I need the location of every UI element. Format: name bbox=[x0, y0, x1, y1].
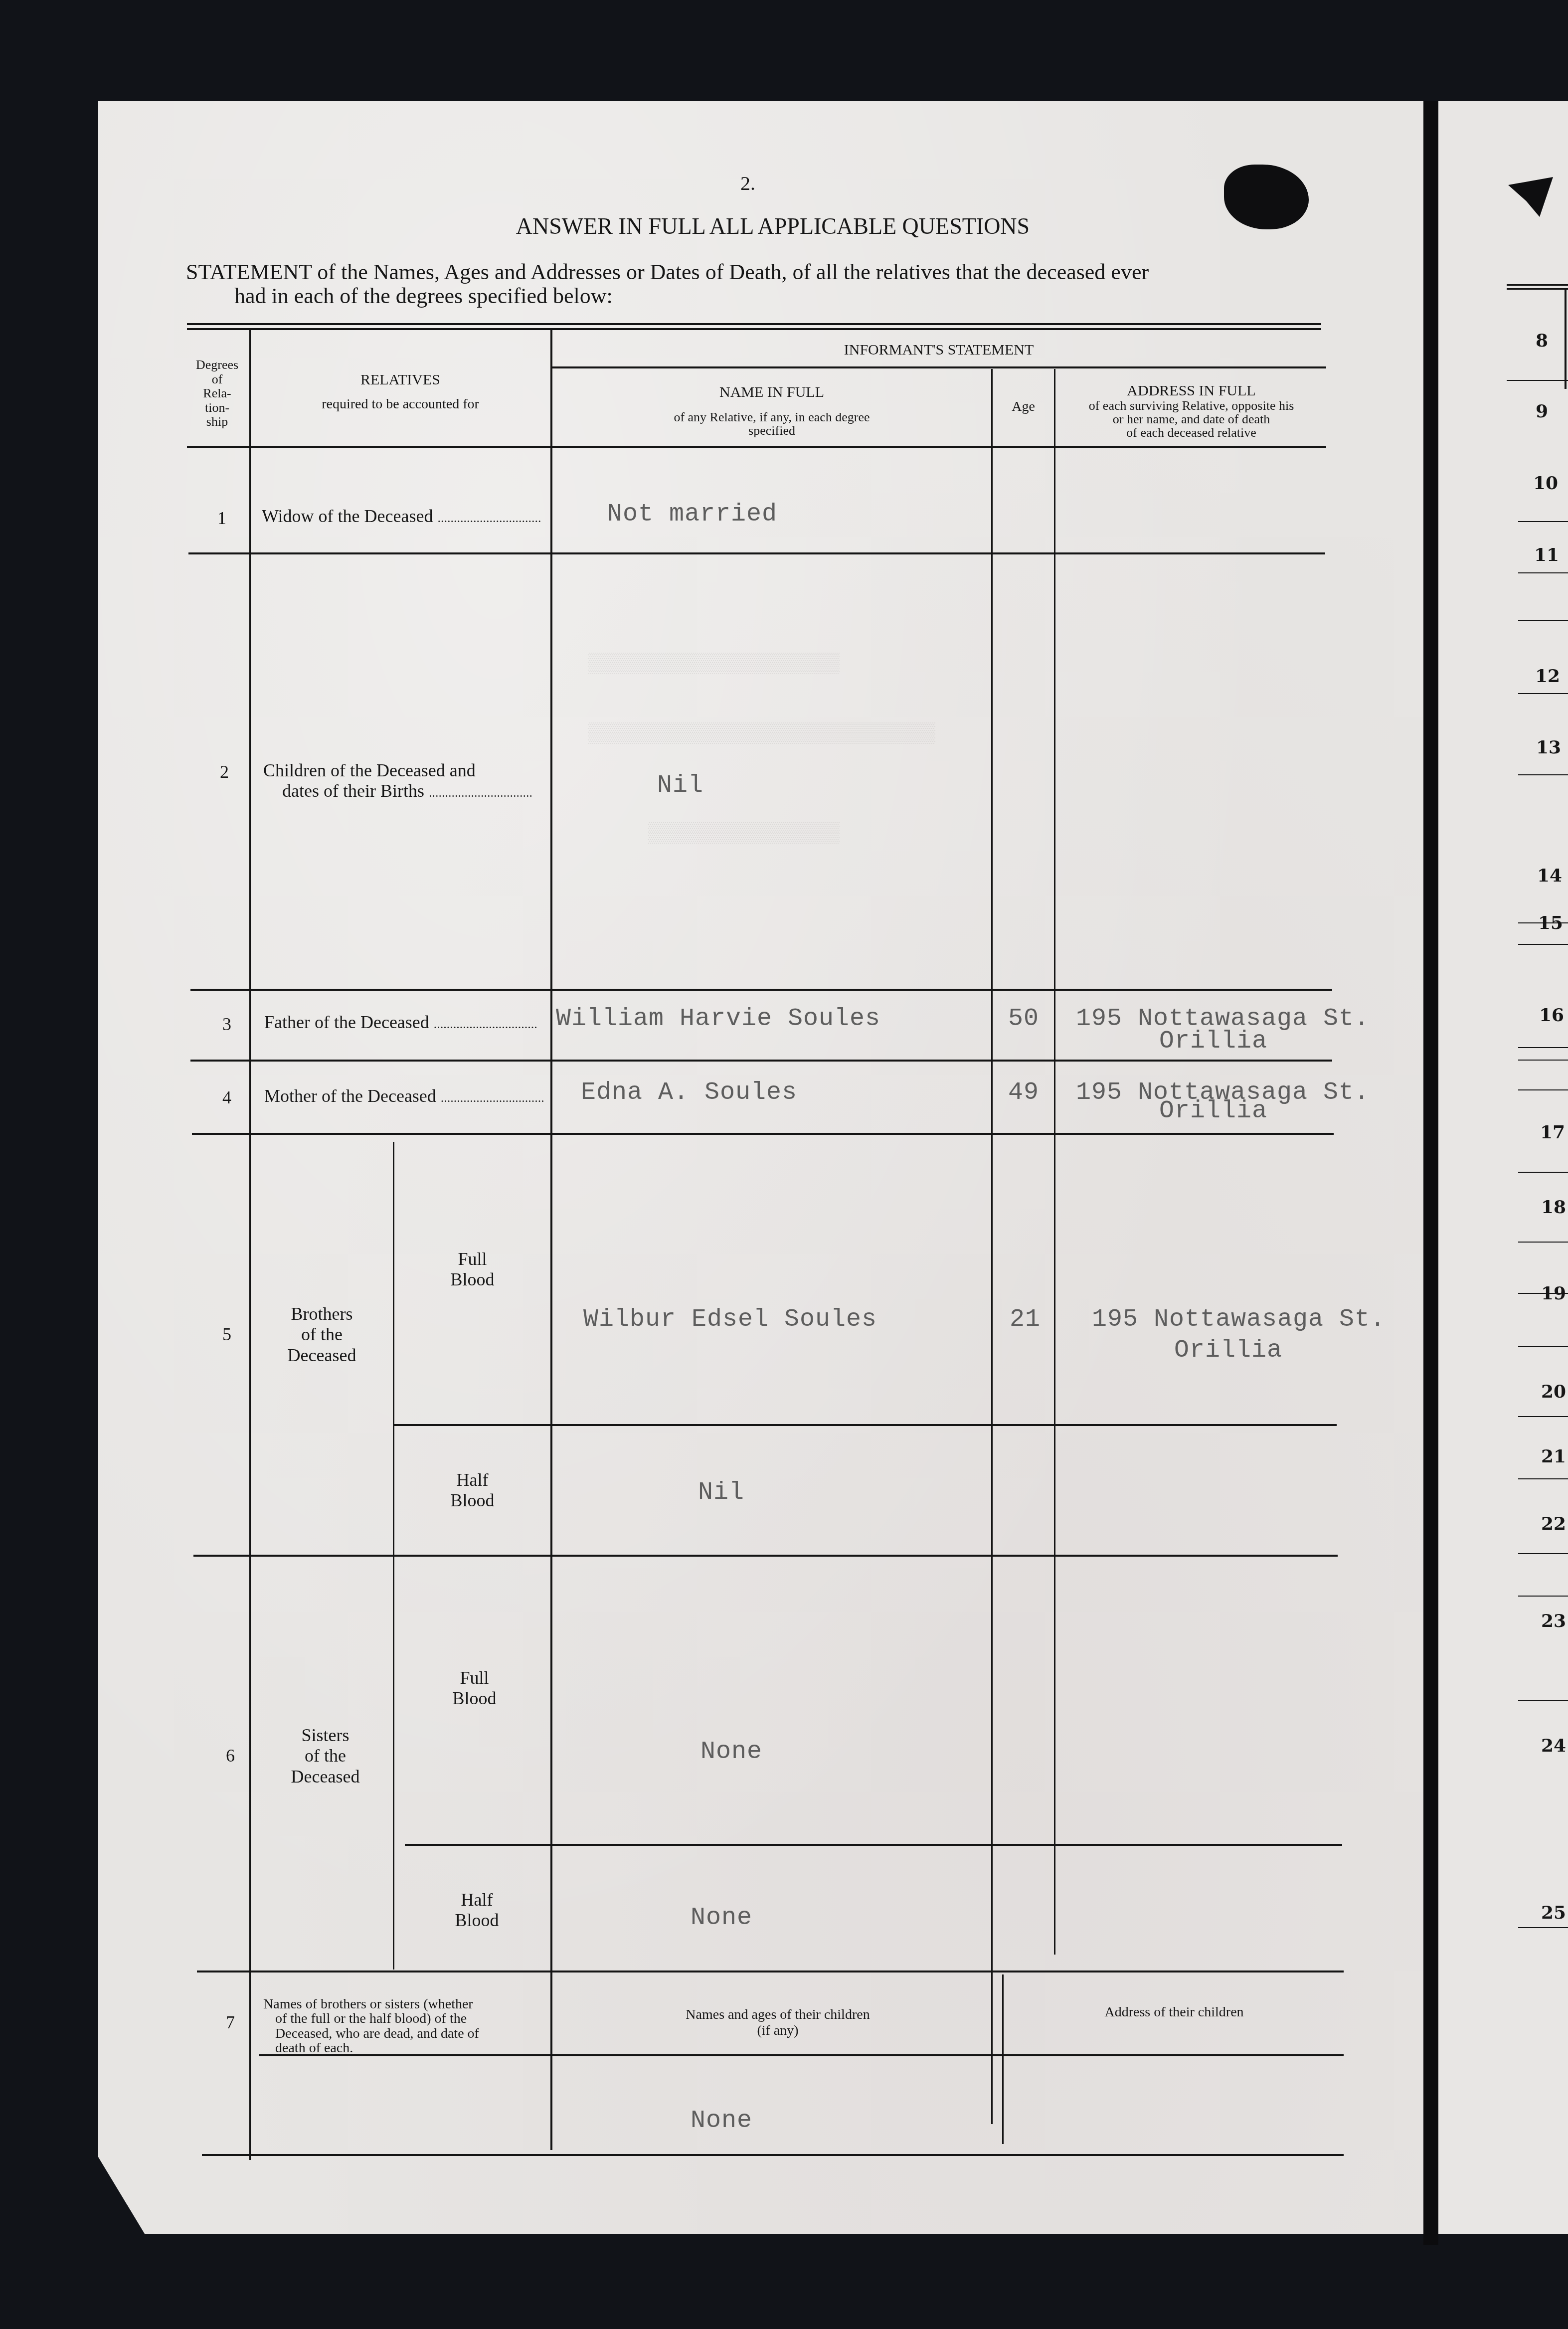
bleed-through-texture: ▒▒▒▒▒▒▒▒▒▒▒▒▒▒▒▒▒▒▒▒▒ bbox=[588, 653, 840, 676]
row-4-relative-text: Mother of the Deceased bbox=[264, 1086, 436, 1106]
page-fold-gap bbox=[1423, 101, 1438, 2245]
row-7-relative-line: Names of brothers or sisters (whether bbox=[263, 1997, 552, 2011]
row-1-bottom-rule bbox=[188, 552, 1325, 554]
header-bottom-rule bbox=[187, 446, 1326, 448]
blood-label-line: Half bbox=[394, 1470, 550, 1490]
header-name-title: NAME IN FULL bbox=[552, 384, 991, 401]
header-address-sub-line: or her name, and date of death bbox=[1055, 412, 1327, 426]
adjacent-row-rule bbox=[1518, 1596, 1568, 1597]
adjacent-row-rule bbox=[1518, 1172, 1568, 1173]
header-name-sub-line: of any Relative, if any, in each degree bbox=[552, 410, 991, 424]
row-1-relative: Widow of the Deceased bbox=[262, 506, 548, 527]
adjacent-row-rule bbox=[1518, 922, 1568, 923]
header-degrees-line: tion- bbox=[186, 401, 248, 415]
row-5-relative-line: Brothers bbox=[251, 1304, 393, 1324]
adjacent-col-line bbox=[1565, 289, 1567, 389]
row-5-relative: Brothers of the Deceased bbox=[251, 1304, 393, 1366]
row-4-age-value: 49 bbox=[1008, 1078, 1039, 1107]
blood-label-line: Half bbox=[399, 1890, 555, 1910]
row-1-name-value: Not married bbox=[607, 500, 777, 529]
row-5-full-blood-label: Full Blood bbox=[394, 1249, 550, 1290]
adjacent-row-number: 20 bbox=[1541, 1381, 1566, 1402]
row-7-relative-line: Deceased, who are dead, and date of bbox=[263, 2026, 552, 2041]
row-4-degree: 4 bbox=[212, 1087, 242, 1108]
header-name-sub: of any Relative, if any, in each degree … bbox=[552, 410, 991, 438]
row-2-relative-line: Children of the Deceased and bbox=[263, 760, 550, 781]
adjacent-header-rule bbox=[1507, 284, 1568, 286]
row-5-split-rule bbox=[394, 1424, 1337, 1426]
table-bottom-rule bbox=[202, 2154, 1344, 2156]
row-6-relative-line: Deceased bbox=[254, 1767, 396, 1787]
row-5-half-blood-name: Nil bbox=[698, 1478, 744, 1507]
blood-label-line: Full bbox=[396, 1668, 552, 1688]
blood-label-line: Blood bbox=[394, 1269, 550, 1290]
adjacent-row-rule bbox=[1507, 380, 1568, 381]
bleed-through-texture: ▒▒▒▒▒▒▒▒▒▒▒▒▒▒▒▒▒▒▒▒▒▒▒▒▒▒▒▒▒ bbox=[588, 723, 935, 745]
row-7-children-header: Names and ages of their children (if any… bbox=[553, 2007, 1002, 2039]
header-age: Age bbox=[993, 399, 1054, 415]
adjacent-row-rule bbox=[1518, 572, 1568, 573]
header-rule-top bbox=[187, 323, 1321, 325]
header-degrees-line: ship bbox=[186, 415, 248, 429]
row-7-header-rule bbox=[259, 2054, 1344, 2056]
row-2-bottom-rule bbox=[190, 989, 1332, 991]
adjacent-row-number: 11 bbox=[1534, 544, 1559, 565]
adjacent-row-number: 17 bbox=[1540, 1122, 1565, 1143]
header-relatives-sub: required to be accounted for bbox=[251, 396, 550, 412]
row-2-relative-line: dates of their Births bbox=[282, 781, 424, 801]
row-1-degree: 1 bbox=[207, 508, 237, 529]
header-degrees: Degrees of Rela- tion- ship bbox=[186, 358, 248, 429]
row-7-degree: 7 bbox=[215, 2012, 245, 2033]
adjacent-row-number: 8 bbox=[1536, 330, 1548, 351]
adjacent-row-rule bbox=[1518, 1242, 1568, 1243]
adjacent-row-number: 22 bbox=[1541, 1513, 1566, 1534]
row-5-full-blood-address-line2: Orillia bbox=[1174, 1336, 1282, 1365]
adjacent-row-rule bbox=[1518, 1293, 1568, 1294]
header-address-sub-line: of each surviving Relative, opposite his bbox=[1055, 399, 1327, 412]
header-address-title: ADDRESS IN FULL bbox=[1055, 383, 1327, 399]
adjacent-row-rule bbox=[1518, 1700, 1568, 1701]
row-6-full-blood-name: None bbox=[700, 1738, 762, 1766]
bleed-through-texture: ▒▒▒▒▒▒▒▒▒▒▒▒▒▒▒▒ bbox=[648, 823, 840, 845]
row-6-relative-line: Sisters bbox=[254, 1725, 396, 1746]
col-line-name-age bbox=[991, 369, 993, 2124]
row-6-full-blood-label: Full Blood bbox=[396, 1668, 552, 1709]
row-3-address-line2: Orillia bbox=[1159, 1027, 1267, 1056]
informant-rule bbox=[552, 366, 1326, 368]
row-6-half-blood-name: None bbox=[691, 1904, 752, 1932]
row-4-address-line2: Orillia bbox=[1159, 1097, 1267, 1125]
statement-line-1: STATEMENT of the Names, Ages and Address… bbox=[186, 259, 1149, 285]
header-address: ADDRESS IN FULL of each surviving Relati… bbox=[1055, 383, 1327, 439]
row-7-relative-line: death of each. bbox=[263, 2041, 552, 2055]
adjacent-row-rule bbox=[1518, 1927, 1568, 1928]
row-2-relative-line-wrap: dates of their Births bbox=[263, 781, 550, 801]
adjacent-row-rule bbox=[1518, 1478, 1568, 1479]
header-informant: INFORMANT'S STATEMENT bbox=[552, 342, 1325, 359]
row-7-children-header-line: Names and ages of their children bbox=[553, 2007, 1002, 2023]
adjacent-row-number: 12 bbox=[1535, 666, 1560, 687]
header-degrees-line: Rela- bbox=[186, 386, 248, 401]
col-line-age-address bbox=[1054, 369, 1055, 1955]
adjacent-row-rule bbox=[1518, 1060, 1568, 1061]
row-5-degree: 5 bbox=[212, 1324, 242, 1345]
header-name-sub-line: specified bbox=[552, 424, 991, 437]
blood-label-line: Blood bbox=[394, 1490, 550, 1511]
row-5-half-blood-label: Half Blood bbox=[394, 1470, 550, 1511]
row-6-bottom-rule bbox=[197, 1971, 1344, 1972]
row-3-relative: Father of the Deceased bbox=[264, 1012, 549, 1033]
row-6-split-rule bbox=[405, 1844, 1342, 1846]
col-line-row7-address bbox=[1002, 1974, 1004, 2144]
row-6-relative: Sisters of the Deceased bbox=[254, 1725, 396, 1787]
adjacent-row-number: 9 bbox=[1536, 401, 1548, 422]
row-7-relative-line: of the full or the half blood) of the bbox=[263, 2011, 552, 2026]
row-6-half-blood-label: Half Blood bbox=[399, 1890, 555, 1931]
adjacent-row-rule bbox=[1518, 1346, 1568, 1347]
row-6-degree: 6 bbox=[215, 1745, 245, 1766]
row-3-age-value: 50 bbox=[1008, 1005, 1039, 1033]
col-line-degree-relative bbox=[249, 330, 251, 2160]
adjacent-row-number: 25 bbox=[1541, 1902, 1566, 1923]
header-degrees-line: Degrees bbox=[186, 358, 248, 372]
adjacent-row-rule bbox=[1518, 1089, 1568, 1090]
adjacent-row-number: 24 bbox=[1541, 1735, 1566, 1756]
adjacent-row-rule bbox=[1518, 1553, 1568, 1554]
adjacent-row-number: 10 bbox=[1533, 473, 1558, 494]
row-7-name-value: None bbox=[691, 2107, 752, 2135]
row-3-bottom-rule bbox=[190, 1060, 1332, 1062]
row-7-address-header: Address of their children bbox=[1005, 2004, 1344, 2020]
row-7-relative: Names of brothers or sisters (whether of… bbox=[263, 1997, 552, 2056]
adjacent-row-rule bbox=[1518, 944, 1568, 945]
adjacent-row-rule bbox=[1518, 693, 1568, 694]
adjacent-row-rule bbox=[1518, 1047, 1568, 1048]
blood-label-line: Full bbox=[394, 1249, 550, 1269]
adjacent-row-number: 21 bbox=[1541, 1446, 1566, 1467]
adjacent-row-number: 16 bbox=[1539, 1005, 1564, 1026]
header-relatives-title: RELATIVES bbox=[251, 371, 550, 389]
row-1-relative-text: Widow of the Deceased bbox=[262, 506, 433, 526]
adjacent-row-rule bbox=[1518, 620, 1568, 621]
row-2-relative: Children of the Deceased and dates of th… bbox=[263, 760, 550, 802]
row-5-full-blood-address-line1: 195 Nottawasaga St. bbox=[1092, 1305, 1386, 1334]
adjacent-row-rule bbox=[1518, 1416, 1568, 1417]
col-line-relative-name bbox=[550, 330, 552, 2150]
row-4-relative: Mother of the Deceased bbox=[264, 1086, 549, 1106]
adjacent-row-rule bbox=[1518, 521, 1568, 522]
adjacent-row-number: 13 bbox=[1536, 737, 1561, 758]
blood-label-line: Blood bbox=[396, 1688, 552, 1709]
header-address-sub-line: of each deceased relative bbox=[1055, 426, 1327, 439]
statement-line-2: had in each of the degrees specified bel… bbox=[234, 283, 613, 309]
row-2-name-value: Nil bbox=[657, 771, 703, 800]
adjacent-row-number: 23 bbox=[1541, 1611, 1566, 1631]
row-5-full-blood-name: Wilbur Edsel Soules bbox=[583, 1305, 877, 1334]
row-6-relative-line: of the bbox=[254, 1746, 396, 1766]
form-title: ANSWER IN FULL ALL APPLICABLE QUESTIONS bbox=[349, 213, 1197, 240]
row-3-relative-text: Father of the Deceased bbox=[264, 1012, 429, 1032]
page-number: 2. bbox=[698, 172, 798, 195]
header-rule-bottom bbox=[187, 328, 1321, 330]
row-4-name-value: Edna A. Soules bbox=[581, 1078, 797, 1107]
row-4-bottom-rule bbox=[192, 1133, 1334, 1135]
row-5-relative-line: Deceased bbox=[251, 1345, 393, 1366]
blood-label-line: Blood bbox=[399, 1910, 555, 1931]
row-5-relative-line: of the bbox=[251, 1324, 393, 1345]
row-5-bottom-rule bbox=[193, 1555, 1338, 1557]
row-3-name-value: William Harvie Soules bbox=[556, 1005, 880, 1033]
adjacent-row-number: 14 bbox=[1537, 865, 1562, 886]
adjacent-row-number: 18 bbox=[1541, 1197, 1566, 1218]
row-5-full-blood-age: 21 bbox=[1010, 1305, 1041, 1334]
row-3-degree: 3 bbox=[212, 1014, 242, 1035]
row-7-children-header-line: (if any) bbox=[553, 2023, 1002, 2039]
header-degrees-line: of bbox=[186, 372, 248, 387]
row-2-degree: 2 bbox=[209, 761, 239, 782]
adjacent-header-rule bbox=[1507, 288, 1568, 290]
adjacent-row-rule bbox=[1518, 774, 1568, 775]
